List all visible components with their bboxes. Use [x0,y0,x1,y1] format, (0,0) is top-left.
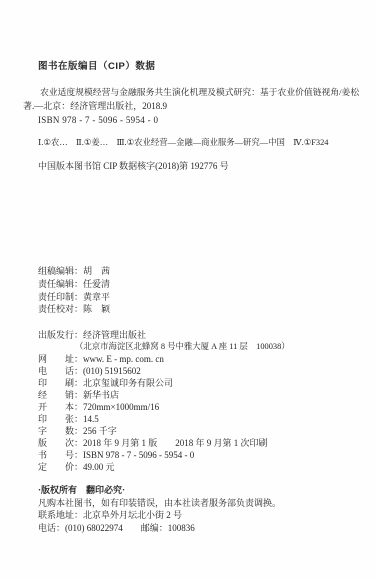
publication-row: 出版发行：经济管理出版社 [38,329,290,341]
copyright-notice-block: ·版权所有 翻印必究· 凡购本社图书，如有印装错误，由本社读者服务部负责调换。 … [38,484,281,534]
book-title-line1: 农业适度规模经营与金融服务共生演化机理及模式研究：基于农业价值链视角/姜松 [40,85,359,99]
copyright-notice: ·版权所有 翻印必究· [38,484,281,497]
editor-role-label: 责任编辑： [38,279,83,289]
publication-field-value: 2018 年 9 月第 1 版 2018 年 9 月第 1 次印刷 [83,438,268,448]
publication-field-value: 14.5 [83,414,99,424]
publication-field-label: 字 数： [38,426,83,436]
editor-row: 组稿编辑：胡 茜 [38,265,110,278]
editor-name: 胡 茜 [83,266,110,276]
book-title-line2: 著.—北京：经济管理出版社，2018.9 [23,99,359,113]
publication-field-label: 出版发行： [38,330,83,340]
publication-field-value: (010) 51915602 [83,366,141,376]
publication-row: 印 刷：北京玺诚印务有限公司 [38,377,290,389]
editor-name: 陈 颖 [83,304,110,314]
publication-field-value: 北京玺诚印务有限公司 [83,378,173,388]
colophon-page: 图书在版编目（CIP）数据 农业适度规模经营与金融服务共生演化机理及模式研究：基… [0,0,375,581]
publication-row: 经 销：新华书店 [38,389,290,401]
editor-row: 责任印制：黄章平 [38,291,110,304]
cip-entry-block: 农业适度规模经营与金融服务共生演化机理及模式研究：基于农业价值链视角/姜松 著.… [23,85,359,127]
publication-row: 版 次：2018 年 9 月第 1 版 2018 年 9 月第 1 次印刷 [38,437,290,449]
publication-field-value: 经济管理出版社 [83,330,146,340]
editor-role-label: 责任校对： [38,304,83,314]
publication-field-label: 版 次： [38,438,83,448]
publication-field-label: 网 址： [38,354,83,364]
isbn-line: ISBN 978 - 7 - 5096 - 5954 - 0 [38,113,359,127]
publication-field-value: 49.00 元 [83,462,115,472]
editor-name: 黄章平 [83,292,110,302]
editor-row: 责任编辑：任爱清 [38,278,110,291]
publication-row: 书 号：ISBN 978 - 7 - 5096 - 5954 - 0 [38,449,290,461]
publication-row: 定 价：49.00 元 [38,461,290,473]
publication-row: 电 话：(010) 51915602 [38,365,290,377]
contact-phone-line: 电话：(010) 68022974 邮编：100836 [38,522,281,535]
publication-row: 开 本：720mm×1000mm/16 [38,401,290,413]
publication-field-value: ISBN 978 - 7 - 5096 - 5954 - 0 [83,450,194,460]
publication-field-label: 开 本： [38,402,83,412]
publication-field-value: 720mm×1000mm/16 [83,402,159,412]
cip-classification: Ⅰ.①农… Ⅱ.①姜… Ⅲ.①农业经营—金融—商业服务—研究—中国 Ⅳ.①F32… [38,136,328,148]
publisher-address-row: （北京市海淀区北蜂窝 8 号中雅大厦 A 座 11 层 100038） [38,341,290,353]
publication-block: 出版发行：经济管理出版社 （北京市海淀区北蜂窝 8 号中雅大厦 A 座 11 层… [38,329,290,473]
publication-row: 字 数：256 千字 [38,425,290,437]
cip-header: 图书在版编目（CIP）数据 [38,58,155,72]
publication-field-label: 印 张： [38,414,83,424]
publication-field-label: 定 价： [38,462,83,472]
publisher-address: （北京市海淀区北蜂窝 8 号中雅大厦 A 座 11 层 100038） [75,342,290,351]
publication-row: 印 张：14.5 [38,413,290,425]
editor-role-label: 组稿编辑： [38,266,83,276]
editor-row: 责任校对：陈 颖 [38,303,110,316]
returns-notice: 凡购本社图书，如有印装错误，由本社读者服务部负责调换。 [38,497,281,510]
publication-field-label: 经 销： [38,390,83,400]
publication-field-value: www. E - mp. com. cn [83,354,164,364]
editor-name: 任爱清 [83,279,110,289]
publication-field-value: 新华书店 [83,390,119,400]
contact-address: 联系地址：北京阜外月坛北小街 2 号 [38,509,281,522]
publication-field-value: 256 千字 [83,426,117,436]
publication-field-label: 印 刷： [38,378,83,388]
publication-field-label: 电 话： [38,366,83,376]
editor-role-label: 责任印制： [38,292,83,302]
publication-row: 网 址：www. E - mp. com. cn [38,353,290,365]
cip-record-number: 中国版本图书馆 CIP 数据核字(2018)第 192776 号 [38,159,229,172]
editors-block: 组稿编辑：胡 茜 责任编辑：任爱清 责任印制：黄章平 责任校对：陈 颖 [38,265,110,316]
publication-field-label: 书 号： [38,450,83,460]
